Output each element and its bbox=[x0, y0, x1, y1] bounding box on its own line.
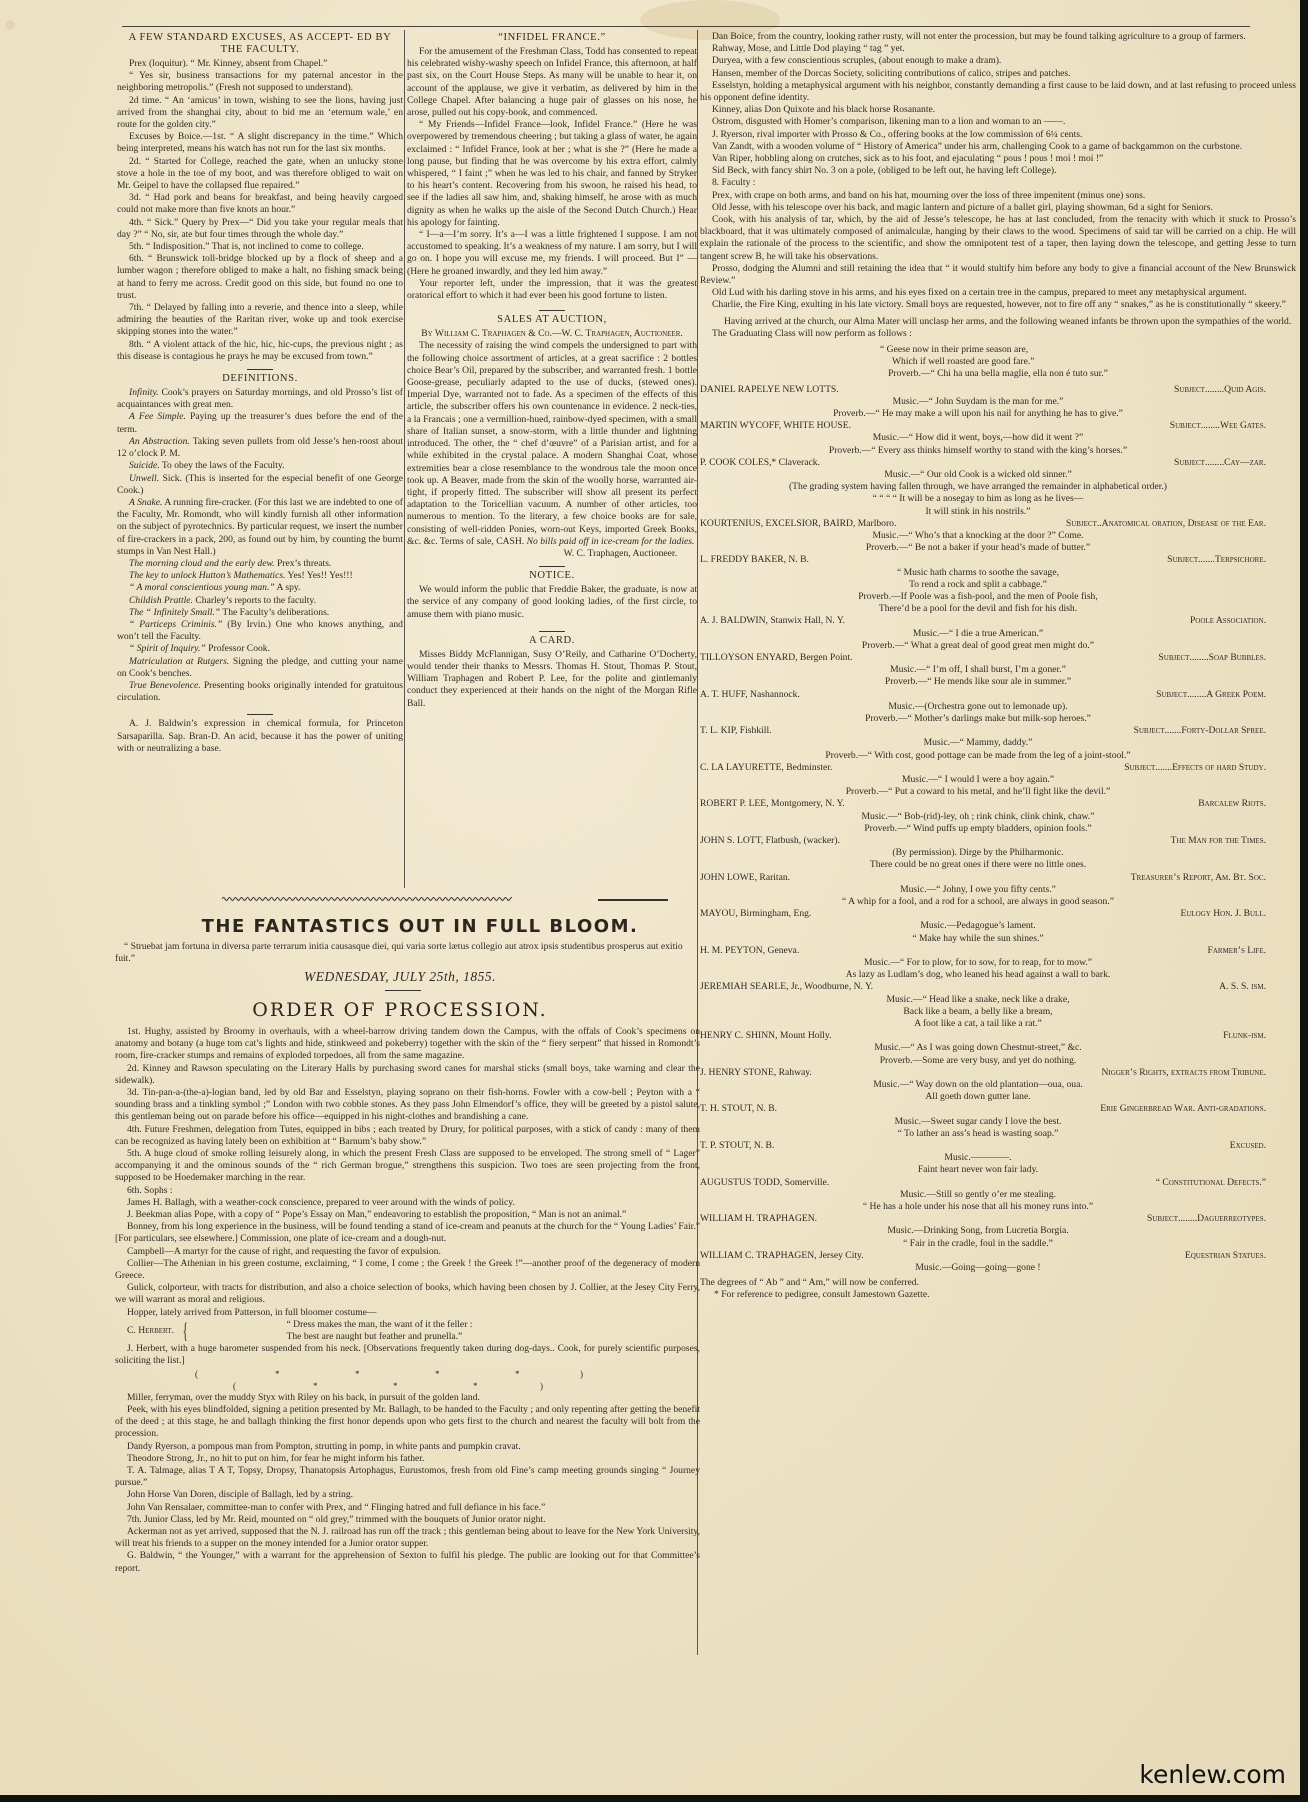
performer-line: Music.—“ For to plow, for to sow, for to… bbox=[700, 957, 1296, 969]
procession-item: 5th. A huge cloud of smoke rolling leisu… bbox=[115, 1148, 700, 1185]
performer-name: JOHN S. LOTT, Flatbush, (wacker). bbox=[700, 835, 840, 847]
procession-item: Theodore Strong, Jr., no hit to put on h… bbox=[115, 1453, 700, 1465]
procession-item: 3d. Tin-pan-a-(the-a)-logian band, led b… bbox=[115, 1087, 700, 1124]
performer-row: C. LA LAYURETTE, Bedminster.Subject.....… bbox=[700, 762, 1296, 774]
procession-item: T. A. Talmage, alias T A T, Topsy, Drops… bbox=[115, 1465, 700, 1489]
performer-subject: Subject........Soap Bubbles. bbox=[1158, 652, 1266, 664]
definition-term: True Benevolence. bbox=[129, 680, 201, 691]
performer-subject: Subject.......Terpsichore. bbox=[1167, 554, 1266, 566]
procession-item: 4th. Future Freshmen, delegation from Tu… bbox=[115, 1124, 700, 1148]
performer-line: Music.—Sweet sugar candy I love the best… bbox=[700, 1116, 1296, 1128]
performer-name: JOHN LOWE, Raritan. bbox=[700, 872, 790, 884]
procession-item: Peek, with his eyes blindfolded, signing… bbox=[115, 1404, 700, 1441]
procession-item: Campbell—A martyr for the cause of right… bbox=[115, 1246, 700, 1258]
performer-subject: Eulogy Hon. J. Bull. bbox=[1180, 908, 1266, 920]
procession-item: James H. Ballagh, with a weather-cock co… bbox=[115, 1197, 700, 1209]
definition-term: Matriculation at Rutgers. bbox=[129, 656, 229, 667]
performer-line: Proverb.—“ With cost, good pottage can b… bbox=[700, 750, 1296, 762]
graduating-intro: The Graduating Class will now perform as… bbox=[700, 328, 1296, 340]
performer-line: Proverb.—If Poole was a fish-pool, and t… bbox=[700, 591, 1296, 603]
procession-item: Hansen, member of the Dorcas Society, so… bbox=[700, 68, 1296, 80]
performer-row: P. COOK COLES,* Claverack.Subject.......… bbox=[700, 457, 1296, 469]
performer-subject: Subject........Daguerreotypes. bbox=[1147, 1213, 1266, 1225]
performer-subject: Nigger’s Rights, extracts from Tribune. bbox=[1101, 1067, 1266, 1079]
definition-item: Matriculation at Rutgers. Signing the pl… bbox=[117, 656, 403, 680]
performer-row: JOHN S. LOTT, Flatbush, (wacker).The Man… bbox=[700, 835, 1296, 847]
performer-row: TILLOYSON ENYARD, Bergen Point.Subject..… bbox=[700, 652, 1296, 664]
infidel-paragraph: “ My Friends—Infidel France—look, Infide… bbox=[407, 119, 697, 229]
definition-term: The morning cloud and the early dew. bbox=[129, 558, 275, 569]
column-infidel-auction: “INFIDEL FRANCE.” For the amusement of t… bbox=[407, 30, 697, 710]
fantastics-title: THE FANTASTICS OUT IN FULL BLOOM. bbox=[170, 916, 670, 937]
performer-line: Proverb.—“ He may make a will upon his n… bbox=[700, 408, 1296, 420]
procession-item: Cook, with his analysis of tar, which, b… bbox=[700, 214, 1296, 263]
performer-name: TILLOYSON ENYARD, Bergen Point. bbox=[700, 652, 853, 664]
performer-line: Music.—“ Bob-(rid)-ley, oh ; rink chink,… bbox=[700, 811, 1296, 823]
performer-line: Music.—“ Head like a snake, neck like a … bbox=[700, 994, 1296, 1006]
definition-item: “ Spirit of Inquiry.” Professor Cook. bbox=[117, 643, 403, 655]
procession-item: Van Riper, hobbling along on crutches, s… bbox=[700, 153, 1296, 165]
procession-item: Prex, with crape on both arms, and band … bbox=[700, 190, 1296, 202]
divider bbox=[598, 899, 668, 901]
procession-item: 7th. Junior Class, led by Mr. Reid, moun… bbox=[115, 1514, 700, 1526]
performer-subject: Treasurer’s Report, Am. Bt. Soc. bbox=[1131, 872, 1266, 884]
performer-line: Proverb.—“ He mends like sour ale in sum… bbox=[700, 676, 1296, 688]
procession-body: 1st. Hughy, assisted by Broomy in overha… bbox=[115, 1026, 700, 1575]
performer-line: “ A whip for a fool, and a rod for a sch… bbox=[700, 896, 1296, 908]
opening-proverb: Proverb.—“ Chi ha una bella maglie, ella… bbox=[700, 368, 1296, 380]
performer-line: “ Music hath charms to soothe the savage… bbox=[700, 567, 1296, 579]
performer-name: WILLIAM H. TRAPHAGEN. bbox=[700, 1213, 817, 1225]
performer-line: Proverb.—“ Be not a baker if your head’s… bbox=[700, 542, 1296, 554]
column-rule bbox=[404, 30, 405, 888]
performer-row: JOHN LOWE, Raritan.Treasurer’s Report, A… bbox=[700, 872, 1296, 884]
stain bbox=[5, 20, 15, 30]
performer-subject: Subject........A Greek Poem. bbox=[1156, 689, 1266, 701]
performer-name: T. P. STOUT, N. B. bbox=[700, 1140, 774, 1152]
definition-term: A Snake. bbox=[129, 497, 162, 508]
procession-item: John Horse Van Doren, disciple of Ballag… bbox=[115, 1489, 700, 1501]
performer-subject: Equestrian Statues. bbox=[1185, 1250, 1266, 1262]
definition-term: “ Spirit of Inquiry.” bbox=[129, 643, 206, 654]
procession-item: 1st. Hughy, assisted by Broomy in overha… bbox=[115, 1026, 700, 1063]
definition-item: True Benevolence. Presenting books origi… bbox=[117, 680, 403, 704]
performer-line: “ Make hay while the sun shines.” bbox=[700, 933, 1296, 945]
watermark: kenlew.com bbox=[1139, 1760, 1286, 1789]
performer-row: J. HENRY STONE, Rahway.Nigger’s Rights, … bbox=[700, 1067, 1296, 1079]
performer-line: Music.—Drinking Song, from Lucretia Borg… bbox=[700, 1225, 1296, 1237]
performer-line: Proverb.—“ What a great deal of good gre… bbox=[700, 640, 1296, 652]
degrees-text: The degrees of “ Ab ” and “ Am,” will no… bbox=[700, 1277, 1296, 1289]
definition-text: Charley’s reports to the faculty. bbox=[193, 595, 316, 606]
performer-name: L. FREDDY BAKER, N. B. bbox=[700, 554, 809, 566]
procession-item: Dandy Ryerson, a pompous man from Pompto… bbox=[115, 1441, 700, 1453]
performer-name: JEREMIAH SEARLE, Jr., Woodburne, N. Y. bbox=[700, 981, 873, 993]
definition-term: Childish Prattle. bbox=[129, 595, 193, 606]
excuse-paragraph: 3d. “ Had pork and beans for breakfast, … bbox=[117, 192, 403, 216]
performer-line: A foot like a cat, a tail like a rat.” bbox=[700, 1018, 1296, 1030]
performer-name: HENRY C. SHINN, Mount Holly. bbox=[700, 1030, 831, 1042]
performer-line: It will stink in his nostrils.” bbox=[700, 506, 1296, 518]
excuse-paragraph: 6th. “ Brunswick toll-bridge blocked up … bbox=[117, 253, 403, 302]
divider bbox=[385, 990, 421, 991]
wavy-divider bbox=[222, 895, 512, 903]
performer-row: KOURTENIUS, EXCELSIOR, BAIRD, Marlboro.S… bbox=[700, 518, 1296, 530]
performer-line: Music.—Still so gently o’er me stealing. bbox=[700, 1189, 1296, 1201]
herbert-verse: C. Herbert. { “ Dress makes the man, the… bbox=[127, 1319, 700, 1343]
performer-row: MAYOU, Birmingham, Eng.Eulogy Hon. J. Bu… bbox=[700, 908, 1296, 920]
performer-line: Music.—(Orchestra gone out to lemonade u… bbox=[700, 701, 1296, 713]
performer-row: HENRY C. SHINN, Mount Holly.Flunk-ism. bbox=[700, 1030, 1296, 1042]
definition-item: Unwell. Sick. (This is inserted for the … bbox=[117, 473, 403, 497]
performer-subject: Barcalew Riots. bbox=[1198, 798, 1266, 810]
performer-line: Proverb.—“ Every ass thinks himself wort… bbox=[700, 445, 1296, 457]
auction-byline: By William C. Traphagen & Co.—W. C. Trap… bbox=[407, 328, 697, 340]
procession-item: Charlie, the Fire King, exulting in his … bbox=[700, 299, 1296, 311]
excuse-paragraph: 5th. “ Indisposition.” That is, not incl… bbox=[117, 241, 403, 253]
notice-body: We would inform the public that Freddie … bbox=[407, 584, 697, 621]
excuse-paragraph: 2d. “ Started for College, reached the g… bbox=[117, 156, 403, 193]
performer-line: “ To lather an ass’s head is wasting soa… bbox=[700, 1128, 1296, 1140]
definition-item: The “ Infinitely Small.” The Faculty’s d… bbox=[117, 607, 403, 619]
performer-subject: Subject.......Forty-Dollar Spree. bbox=[1134, 725, 1266, 737]
performer-row: T. H. STOUT, N. B.Erie Gingerbread War. … bbox=[700, 1103, 1296, 1115]
procession-item: Dan Boice, from the country, looking rat… bbox=[700, 31, 1296, 43]
performer-row: L. FREDDY BAKER, N. B.Subject.......Terp… bbox=[700, 554, 1296, 566]
divider bbox=[539, 566, 565, 567]
definition-text: The Faculty’s deliberations. bbox=[220, 607, 329, 618]
performer-name: P. COOK COLES,* Claverack. bbox=[700, 457, 820, 469]
performer-name: KOURTENIUS, EXCELSIOR, BAIRD, Marlboro. bbox=[700, 518, 896, 530]
performer-line: There’d be a pool for the devil and fish… bbox=[700, 603, 1296, 615]
performer-name: MARTIN WYCOFF, WHITE HOUSE. bbox=[700, 420, 851, 432]
performer-name: AUGUSTUS TODD, Somerville. bbox=[700, 1177, 829, 1189]
definition-item: A Snake. A running fire-cracker. (For th… bbox=[117, 497, 403, 558]
performer-subject: Subject.......Effects of hard Study. bbox=[1124, 762, 1266, 774]
performer-line: Music.—“ Mammy, daddy.” bbox=[700, 737, 1296, 749]
excuse-paragraph: 7th. “ Delayed by falling into a reverie… bbox=[117, 302, 403, 339]
definition-item: Infinity. Cook’s prayers on Saturday mor… bbox=[117, 387, 403, 411]
definition-term: A Fee Simple. bbox=[129, 411, 186, 422]
performer-subject: Erie Gingerbread War. Anti-gradations. bbox=[1100, 1103, 1266, 1115]
performer-line: (The grading system having fallen throug… bbox=[700, 481, 1296, 493]
divider bbox=[247, 714, 273, 715]
excuse-paragraph: 2d time. “ An ‘amicus’ in town, wishing … bbox=[117, 95, 403, 132]
performer-row: T. P. STOUT, N. B.Excused. bbox=[700, 1140, 1296, 1152]
footnote: * For reference to pedigree, consult Jam… bbox=[700, 1289, 1296, 1301]
performer-line: “ “ “ “ It will be a nosegay to him as l… bbox=[700, 493, 1296, 505]
infidel-heading: “INFIDEL FRANCE.” bbox=[407, 32, 697, 44]
performer-name: ROBERT P. LEE, Montgomery, N. Y. bbox=[700, 798, 845, 810]
procession-item: 6th. Sophs : bbox=[115, 1185, 700, 1197]
procession-item: J. Beekman alias Pope, with a copy of “ … bbox=[115, 1209, 700, 1221]
procession-item: Duryea, with a few conscientious scruple… bbox=[700, 55, 1296, 67]
performer-name: WILLIAM C. TRAPHAGEN, Jersey City. bbox=[700, 1250, 864, 1262]
column-excuses-definitions: A FEW STANDARD EXCUSES, AS ACCEPT- ED BY… bbox=[117, 30, 403, 755]
definition-item: “ Particeps Criminis.” (By Irvin.) One w… bbox=[117, 619, 403, 643]
performer-line: Faint heart never won fair lady. bbox=[700, 1164, 1296, 1176]
performer-subject: Subject..Anatomical oration, Disease of … bbox=[1066, 518, 1266, 530]
procession-item: Ackerman not as yet arrived, supposed th… bbox=[115, 1526, 700, 1550]
dateline: WEDNESDAY, JULY 25th, 1855. bbox=[100, 969, 700, 985]
definition-item: “ A moral conscientious young man.” A sp… bbox=[117, 582, 403, 594]
performer-subject: Poole Association. bbox=[1190, 615, 1266, 627]
definition-text: Yes! Yes!! Yes!!! bbox=[286, 570, 353, 581]
performer-name: C. LA LAYURETTE, Bedminster. bbox=[700, 762, 832, 774]
performer-line: Music.—“ John Suydam is the man for me.” bbox=[700, 396, 1296, 408]
performer-subject: Excused. bbox=[1230, 1140, 1266, 1152]
performer-subject: Subject........Quid Agis. bbox=[1174, 384, 1266, 396]
performer-line: Proverb.—“ Mother’s darlings make but mi… bbox=[700, 713, 1296, 725]
performer-line: Music.—“ I’m off, I shall burst, I’m a g… bbox=[700, 664, 1296, 676]
definition-term: The “ Infinitely Small.” bbox=[129, 607, 220, 618]
baldwin-formula: A. J. Baldwin’s expression in chemical f… bbox=[117, 718, 403, 755]
auction-heading: SALES AT AUCTION, bbox=[407, 314, 697, 326]
performer-name: T. L. KIP, Fishkill. bbox=[700, 725, 772, 737]
definitions-heading: DEFINITIONS. bbox=[117, 373, 403, 385]
performer-line: Proverb.—Some are very busy, and yet do … bbox=[700, 1055, 1296, 1067]
excuse-paragraph: Excuses by Boice.—1st. “ A slight discre… bbox=[117, 131, 403, 155]
performer-name: H. M. PEYTON, Geneva. bbox=[700, 945, 799, 957]
performer-line: Proverb.—“ Wind puffs up empty bladders,… bbox=[700, 823, 1296, 835]
definition-text: Cook’s prayers on Saturday mornings, and… bbox=[117, 387, 403, 410]
performer-subject: Subject........Cay—zar. bbox=[1174, 457, 1266, 469]
performer-line: Music.—Going—going—gone ! bbox=[700, 1262, 1296, 1274]
performer-line: “ He has a hole under his nose that all … bbox=[700, 1201, 1296, 1213]
definition-term: The key to unlock Hutton’s Mathematics. bbox=[129, 570, 286, 581]
auction-body: The necessity of raising the wind compel… bbox=[407, 340, 697, 547]
infidel-paragraph: For the amusement of the Freshman Class,… bbox=[407, 46, 697, 119]
procession-item: Hopper, lately arrived from Patterson, i… bbox=[115, 1307, 700, 1319]
arrival-text: Having arrived at the church, our Alma M… bbox=[700, 316, 1296, 328]
procession-title: ORDER OF PROCESSION. bbox=[100, 999, 700, 1021]
procession-item: 2d. Kinney and Rawson speculating on the… bbox=[115, 1063, 700, 1087]
performer-line: Music.—“ Way down on the old plantation—… bbox=[700, 1079, 1296, 1091]
excuse-paragraph: “ Yes sir, business transactions for my … bbox=[117, 70, 403, 94]
excuses-heading: A FEW STANDARD EXCUSES, AS ACCEPT- ED BY… bbox=[117, 32, 403, 56]
definition-item: The key to unlock Hutton’s Mathematics. … bbox=[117, 570, 403, 582]
performer-row: A. T. HUFF, Nashannock.Subject........A … bbox=[700, 689, 1296, 701]
definition-item: Suicide. To obey the laws of the Faculty… bbox=[117, 460, 403, 472]
procession-item: Kinney, alias Don Quixote and his black … bbox=[700, 104, 1296, 116]
procession-item: Collier—The Athenian in his green costum… bbox=[115, 1258, 700, 1282]
performer-line: Music.————. bbox=[700, 1152, 1296, 1164]
performer-name: A. T. HUFF, Nashannock. bbox=[700, 689, 800, 701]
procession-item: Miller, ferryman, over the muddy Styx wi… bbox=[115, 1392, 700, 1404]
procession-item: Esselstyn, holding a metaphysical argume… bbox=[700, 80, 1296, 104]
procession-item: Van Zandt, with a wooden volume of “ His… bbox=[700, 141, 1296, 153]
definition-term: Unwell. bbox=[129, 473, 159, 484]
excuse-paragraph: Prex (loquitur). “ Mr. Kinney, absent fr… bbox=[117, 58, 403, 70]
procession-item: Bonney, from his long experience in the … bbox=[115, 1221, 700, 1245]
performer-line: Proverb.—“ Put a coward to his metal, an… bbox=[700, 786, 1296, 798]
asterisk-row: (***) bbox=[115, 1380, 700, 1392]
performer-subject: Flunk-ism. bbox=[1223, 1030, 1266, 1042]
definition-term: Infinity. bbox=[129, 387, 159, 398]
procession-item: Prosso, dodging the Alumni and still ret… bbox=[700, 263, 1296, 287]
divider bbox=[539, 631, 565, 632]
top-rule bbox=[122, 26, 1250, 27]
infidel-paragraph: Your reporter left, under the impression… bbox=[407, 278, 697, 302]
performer-subject: The Man for the Times. bbox=[1171, 835, 1266, 847]
performer-row: WILLIAM H. TRAPHAGEN.Subject........Dagu… bbox=[700, 1213, 1296, 1225]
performer-line: Music.—Pedagogue’s lament. bbox=[700, 920, 1296, 932]
procession-item: Ostrom, disgusted with Homer’s compariso… bbox=[700, 116, 1296, 128]
performer-row: AUGUSTUS TODD, Somerville.“ Constitution… bbox=[700, 1177, 1296, 1189]
definition-text: To obey the laws of the Faculty. bbox=[160, 460, 285, 471]
procession-item: 8. Faculty : bbox=[700, 177, 1296, 189]
performer-line: (By permission). Dirge by the Philharmon… bbox=[700, 847, 1296, 859]
performer-line: Music.—“ Who’s that a knocking at the do… bbox=[700, 530, 1296, 542]
performer-row: JEREMIAH SEARLE, Jr., Woodburne, N. Y.A.… bbox=[700, 981, 1296, 993]
opening-verse: “ Geese now in their prime season are, W… bbox=[880, 344, 1296, 368]
performers-list: DANIEL RAPELYE NEW LOTTS.Subject........… bbox=[700, 384, 1296, 1274]
performer-line: Music.—“ As I was going down Chestnut-st… bbox=[700, 1042, 1296, 1054]
excuses-body: Prex (loquitur). “ Mr. Kinney, absent fr… bbox=[117, 58, 403, 363]
performer-row: ROBERT P. LEE, Montgomery, N. Y.Barcalew… bbox=[700, 798, 1296, 810]
card-heading: A CARD. bbox=[407, 635, 697, 647]
performer-row: T. L. KIP, Fishkill.Subject.......Forty-… bbox=[700, 725, 1296, 737]
column-procession-continued: Dan Boice, from the country, looking rat… bbox=[700, 31, 1296, 1302]
performer-name: MAYOU, Birmingham, Eng. bbox=[700, 908, 811, 920]
definition-term: “ A moral conscientious young man.” bbox=[129, 582, 275, 593]
performer-line: To rend a rock and split a cabbage.” bbox=[700, 579, 1296, 591]
performer-row: A. J. BALDWIN, Stanwix Hall, N. Y.Poole … bbox=[700, 615, 1296, 627]
definitions-body: Infinity. Cook’s prayers on Saturday mor… bbox=[117, 387, 403, 704]
definition-text: A spy. bbox=[275, 582, 301, 593]
performer-subject: Subject........Wee Gates. bbox=[1170, 420, 1266, 432]
excuse-paragraph: 8th. “ A violent attack of the hic, hic,… bbox=[117, 339, 403, 363]
infidel-body: For the amusement of the Freshman Class,… bbox=[407, 46, 697, 302]
performer-name: A. J. BALDWIN, Stanwix Hall, N. Y. bbox=[700, 615, 845, 627]
performer-row: DANIEL RAPELYE NEW LOTTS.Subject........… bbox=[700, 384, 1296, 396]
performer-name: J. HENRY STONE, Rahway. bbox=[700, 1067, 812, 1079]
definition-item: Childish Prattle. Charley’s reports to t… bbox=[117, 595, 403, 607]
performer-name: T. H. STOUT, N. B. bbox=[700, 1103, 777, 1115]
procession-item: Rahway, Mose, and Little Dod playing “ t… bbox=[700, 43, 1296, 55]
definition-term: An Abstraction. bbox=[129, 436, 190, 447]
definition-term: Suicide. bbox=[129, 460, 160, 471]
performer-line: “ Fair in the cradle, foul in the saddle… bbox=[700, 1238, 1296, 1250]
definition-text: Professor Cook. bbox=[206, 643, 270, 654]
procession-item: Gulick, colporteur, with tracts for dist… bbox=[115, 1282, 700, 1306]
excuse-paragraph: 4th. “ Sick.” Query by Prex—“ Did you ta… bbox=[117, 217, 403, 241]
procession-item: J. Ryerson, rival importer with Prosso &… bbox=[700, 129, 1296, 141]
newspaper-page: A FEW STANDARD EXCUSES, AS ACCEPT- ED BY… bbox=[0, 0, 1300, 1795]
performer-line: Music.—“ Johny, I owe you fifty cents.” bbox=[700, 884, 1296, 896]
performer-name: DANIEL RAPELYE NEW LOTTS. bbox=[700, 384, 839, 396]
definition-term: “ Particeps Criminis.” bbox=[129, 619, 222, 630]
divider bbox=[539, 310, 565, 311]
definition-text: Prex’s threats. bbox=[275, 558, 332, 569]
definition-item: An Abstraction. Taking seven pullets fro… bbox=[117, 436, 403, 460]
procession-item: G. Baldwin, “ the Younger,” with a warra… bbox=[115, 1550, 700, 1574]
card-body: Misses Biddy McFlannigan, Susy O’Reily, … bbox=[407, 649, 697, 710]
infidel-paragraph: “ I—a—I’m sorry. It’s a—I was a little f… bbox=[407, 229, 697, 278]
performer-subject: Farmer’s Life. bbox=[1208, 945, 1266, 957]
performer-line: There could be no great ones if there we… bbox=[700, 859, 1296, 871]
definition-item: The morning cloud and the early dew. Pre… bbox=[117, 558, 403, 570]
auction-signature: W. C. Traphagen, Auctioneer. bbox=[407, 548, 697, 560]
performer-row: H. M. PEYTON, Geneva.Farmer’s Life. bbox=[700, 945, 1296, 957]
procession-item: John Van Rensalaer, committee-man to con… bbox=[115, 1502, 700, 1514]
performer-line: Back like a beam, a belly like a bream, bbox=[700, 1006, 1296, 1018]
performer-line: Music.—“ How did it went, boys,—how did … bbox=[700, 432, 1296, 444]
definition-item: A Fee Simple. Paying up the treasurer’s … bbox=[117, 411, 403, 435]
divider bbox=[247, 369, 273, 370]
procession-item: Old Lud with his darling stove in his ar… bbox=[700, 287, 1296, 299]
performer-row: MARTIN WYCOFF, WHITE HOUSE.Subject......… bbox=[700, 420, 1296, 432]
performer-line: Music.—“ Our old Cook is a wicked old si… bbox=[700, 469, 1296, 481]
brace-icon: { bbox=[183, 1321, 188, 1341]
latin-motto: “ Struebat jam fortuna in diversa parte … bbox=[115, 941, 700, 965]
notice-heading: NOTICE. bbox=[407, 570, 697, 582]
performer-line: All goeth down gutter lane. bbox=[700, 1091, 1296, 1103]
procession-item: Old Jesse, with his telescope over his b… bbox=[700, 202, 1296, 214]
performer-line: As lazy as Ludlam’s dog, who leaned his … bbox=[700, 969, 1296, 981]
performer-line: Music.—“ I die a true American.” bbox=[700, 628, 1296, 640]
procession-item: J. Herbert, with a huge barometer suspen… bbox=[115, 1343, 700, 1367]
performer-subject: “ Constitutional Defects.” bbox=[1156, 1177, 1266, 1189]
performer-row: WILLIAM C. TRAPHAGEN, Jersey City.Equest… bbox=[700, 1250, 1296, 1262]
procession-item: Sid Beck, with fancy shirt No. 3 on a po… bbox=[700, 165, 1296, 177]
performer-subject: A. S. S. ism. bbox=[1219, 981, 1266, 993]
performer-line: Music.—“ I would I were a boy again.” bbox=[700, 774, 1296, 786]
asterisk-row: (****) bbox=[115, 1368, 700, 1380]
definition-text: Sick. (This is inserted for the especial… bbox=[117, 473, 403, 496]
